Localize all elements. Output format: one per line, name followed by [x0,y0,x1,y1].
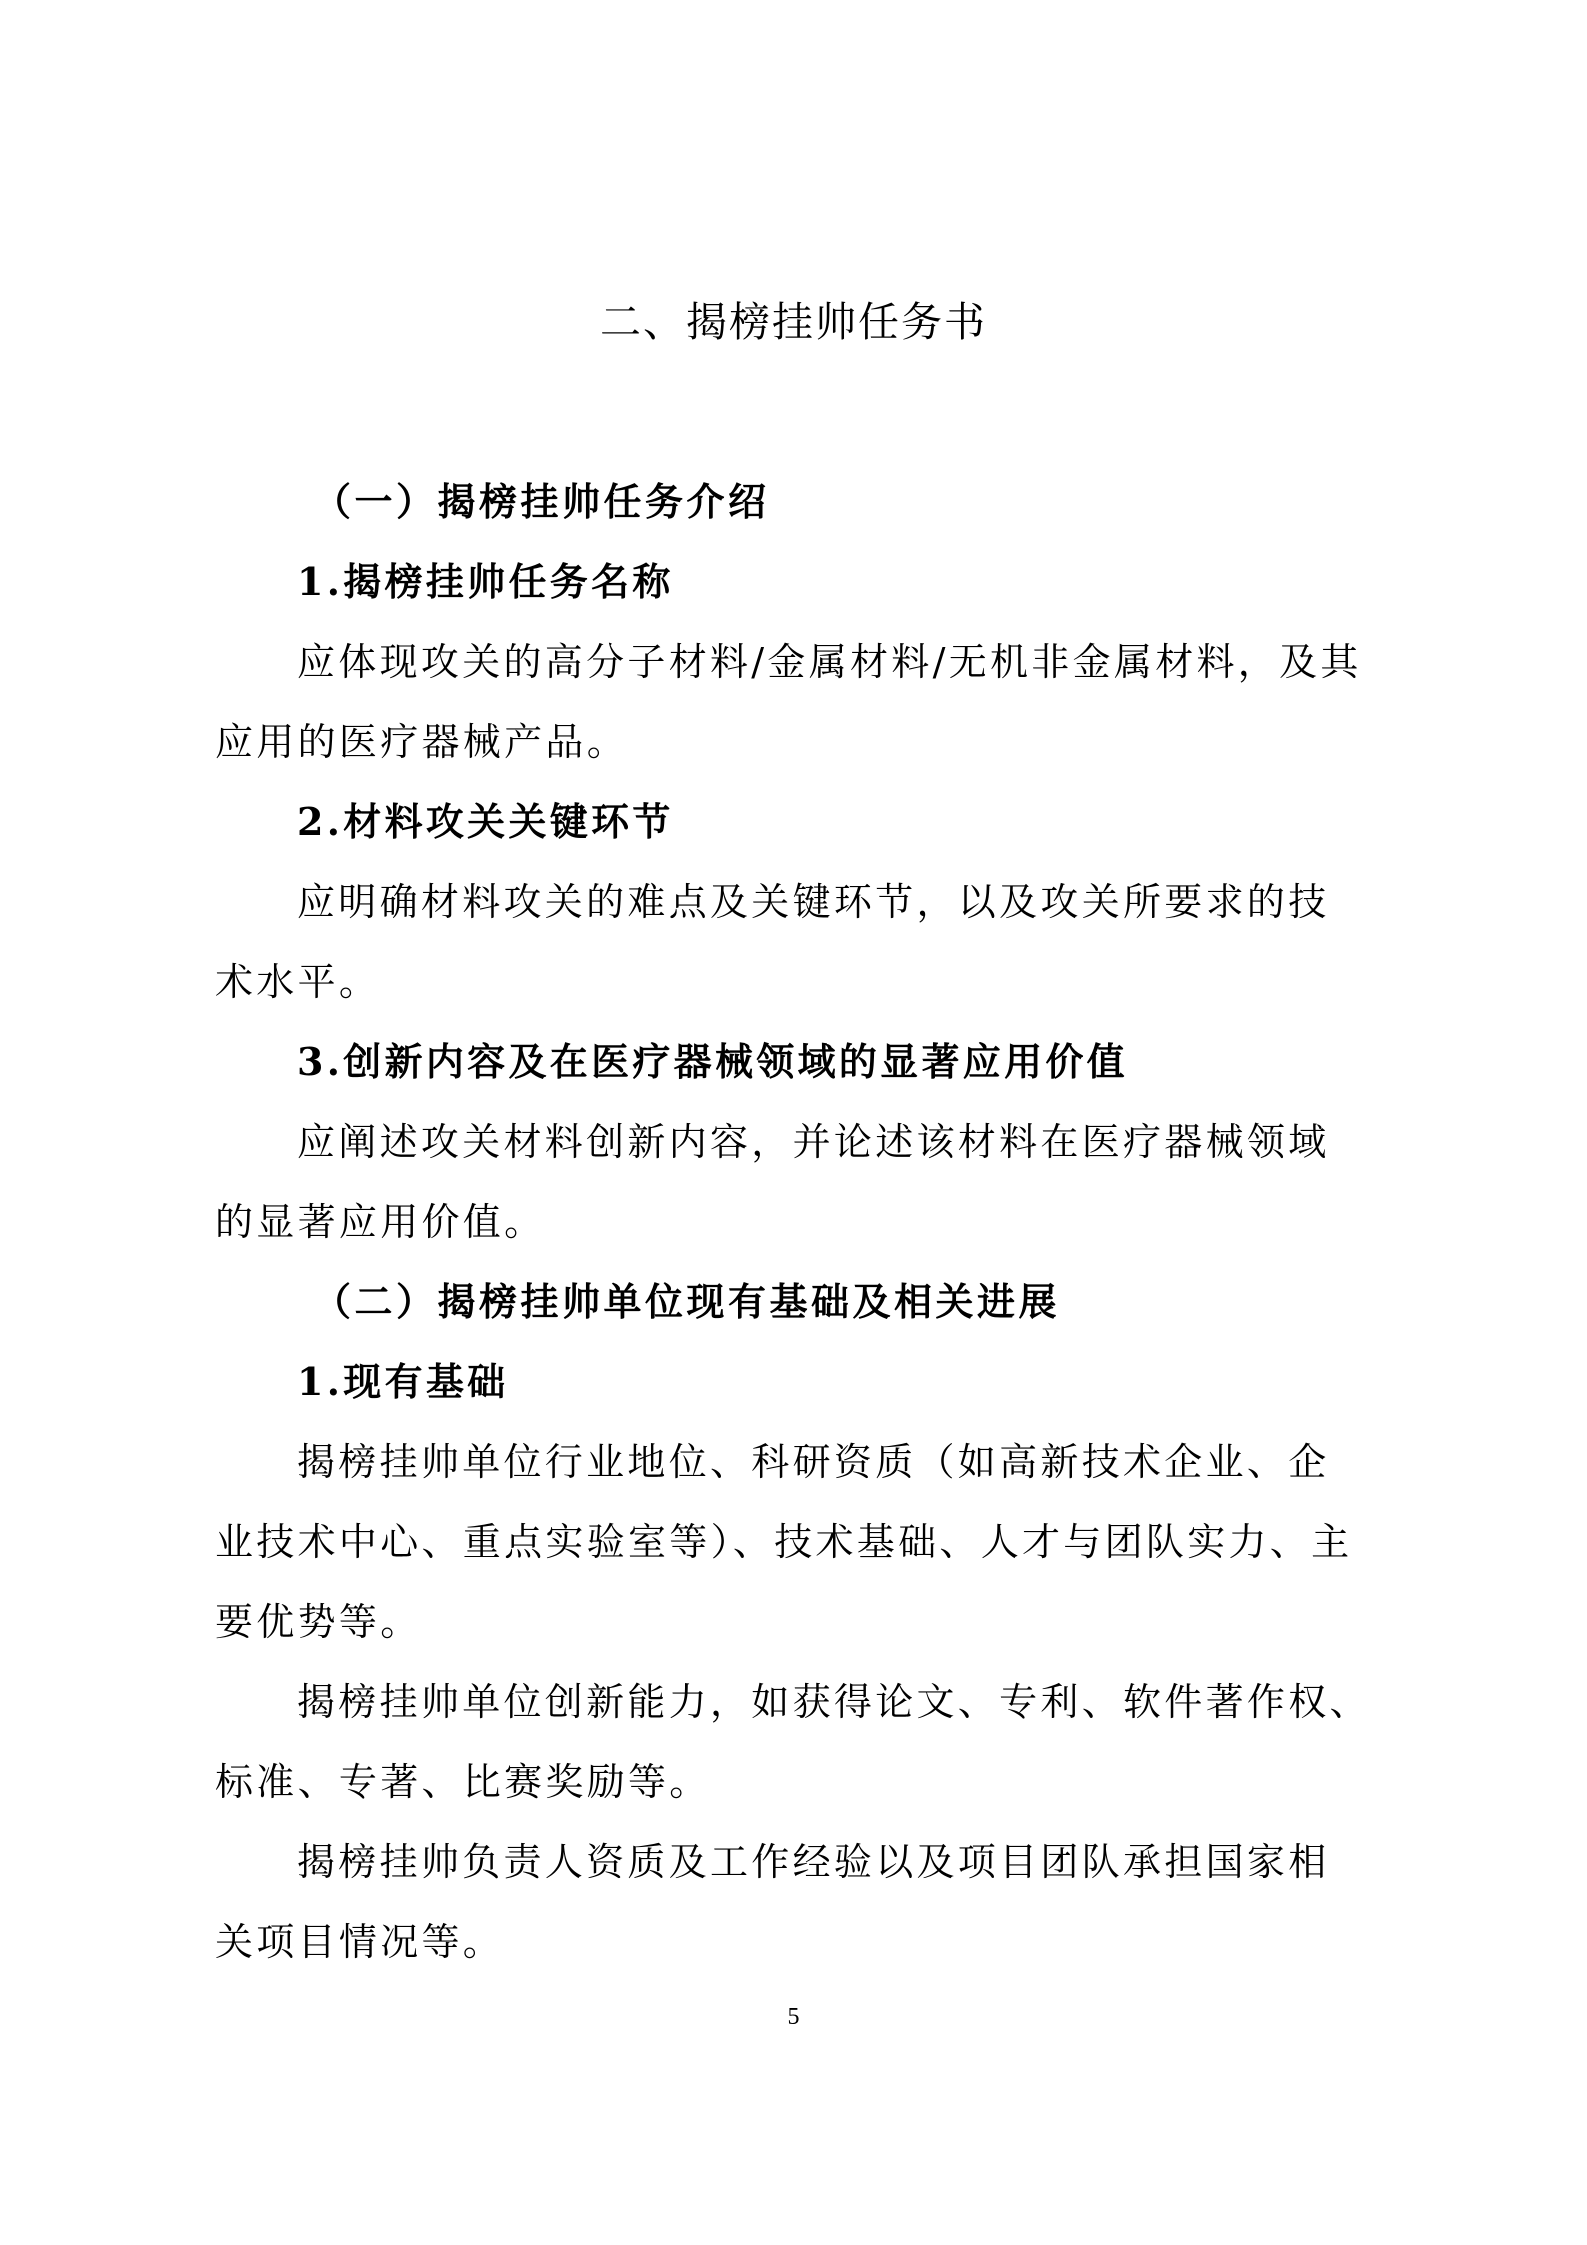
paragraph-line: 的显著应用价值。 [215,1182,1375,1262]
paragraph-line: 揭榜挂帅单位创新能力，如获得论文、专利、软件著作权、 [215,1662,1375,1742]
section-heading-2: （二）揭榜挂帅单位现有基础及相关进展 [215,1262,1375,1342]
item-heading-1-2: 2.材料攻关关键环节 [215,782,1375,862]
page-number: 5 [0,2002,1587,2032]
document-body: （一）揭榜挂帅任务介绍 1.揭榜挂帅任务名称 应体现攻关的高分子材料/金属材料/… [215,462,1375,1982]
paragraph-line: 揭榜挂帅单位行业地位、科研资质（如高新技术企业、企 [215,1422,1375,1502]
document-title: 二、揭榜挂帅任务书 [0,292,1587,352]
paragraph-line: 关项目情况等。 [215,1902,1375,1982]
section-heading-1: （一）揭榜挂帅任务介绍 [215,462,1375,542]
paragraph-line: 应用的医疗器械产品。 [215,702,1375,782]
paragraph-line: 要优势等。 [215,1582,1375,1662]
paragraph-line: 标准、专著、比赛奖励等。 [215,1742,1375,1822]
paragraph-line: 术水平。 [215,942,1375,1022]
paragraph-line: 揭榜挂帅负责人资质及工作经验以及项目团队承担国家相 [215,1822,1375,1902]
item-heading-1-3: 3.创新内容及在医疗器械领域的显著应用价值 [215,1022,1375,1102]
paragraph-line: 应明确材料攻关的难点及关键环节，以及攻关所要求的技 [215,862,1375,942]
item-heading-1-1: 1.揭榜挂帅任务名称 [215,542,1375,622]
paragraph-line: 业技术中心、重点实验室等）、技术基础、人才与团队实力、主 [215,1502,1375,1582]
document-page: 二、揭榜挂帅任务书 （一）揭榜挂帅任务介绍 1.揭榜挂帅任务名称 应体现攻关的高… [0,0,1587,2245]
paragraph-line: 应阐述攻关材料创新内容，并论述该材料在医疗器械领域 [215,1102,1375,1182]
item-heading-2-1: 1.现有基础 [215,1342,1375,1422]
paragraph-line: 应体现攻关的高分子材料/金属材料/无机非金属材料，及其 [215,622,1375,702]
